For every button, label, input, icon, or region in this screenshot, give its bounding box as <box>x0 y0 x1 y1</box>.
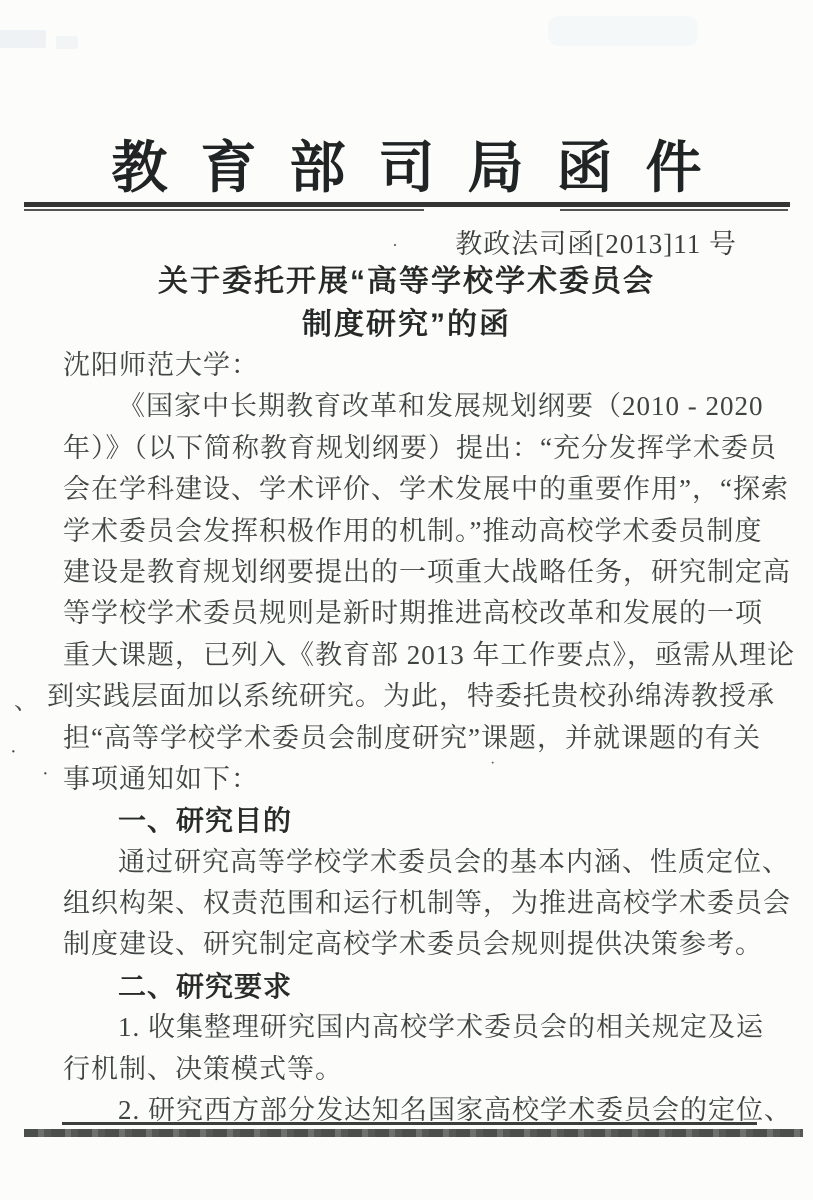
scan-smudge <box>56 36 78 49</box>
scan-artifact: · <box>42 764 49 784</box>
scan-artifact: · <box>392 236 398 254</box>
scan-smudge <box>0 30 46 48</box>
body-line: 到实践层面加以系统研究。为此，特委托贵校孙绵涛教授承 <box>0 676 813 717</box>
scan-artifact: · <box>10 742 17 762</box>
letterhead-divider <box>24 202 790 207</box>
body-line: 通过研究高等学校学术委员会的基本内涵、性质定位、 <box>0 842 813 883</box>
list-item-2: 2. 研究西方部分发达知名国家高校学术委员会的定位、 <box>0 1090 813 1131</box>
page-bottom-scan-edge <box>24 1129 803 1137</box>
body-line: 会在学科建设、学术评价、学术发展中的重要作用”，“探索 <box>0 469 813 510</box>
subject-title-line1: 关于委托开展“高等学校学术委员会 <box>0 256 813 300</box>
scan-artifact: 、 <box>14 690 38 714</box>
body-line: 组织构架、权责范围和运行机制等，为推进高校学术委员会 <box>0 883 813 924</box>
body-line: 等学校学术委员规则是新时期推进高校改革和发展的一项 <box>0 593 813 634</box>
body-line: 年）》（以下简称教育规划纲要）提出：“充分发挥学术委员 <box>0 428 813 469</box>
body-line: 建设是教育规划纲要提出的一项重大战略任务，研究制定高 <box>0 552 813 593</box>
subject-title-line2: 制度研究”的函 <box>0 299 813 343</box>
scan-artifact: · <box>490 756 495 772</box>
body-line: 行机制、决策模式等。 <box>0 1049 813 1090</box>
letterhead-title: 教育部司局函件 <box>0 124 813 204</box>
list-item-1: 1. 收集整理研究国内高校学术委员会的相关规定及运 <box>0 1007 813 1048</box>
body-line: 制度建设、研究制定高校学术委员会规则提供决策参考。 <box>0 924 813 965</box>
scanned-document-page: 教育部司局函件 教政法司函[2013]11 号 关于委托开展“高等学校学术委员会… <box>0 0 813 1200</box>
body-line: 担“高等学校学术委员会制度研究”课题，并就课题的有关 <box>0 718 813 759</box>
body-line: 《国家中长期教育改革和发展规划纲要（2010 - 2020 <box>0 386 813 427</box>
body-line: 重大课题，已列入《教育部 2013 年工作要点》，亟需从理论 <box>0 635 813 676</box>
addressee-line: 沈阳师范大学： <box>0 345 813 386</box>
section-heading-1: 一、研究目的 <box>0 800 813 841</box>
body-text: 沈阳师范大学： 《国家中长期教育改革和发展规划纲要（2010 - 2020 年）… <box>0 345 813 1131</box>
letterhead-divider-sub <box>560 209 788 211</box>
section-heading-2: 二、研究要求 <box>0 966 813 1007</box>
page-bottom-thin-line <box>62 1122 757 1125</box>
scan-smudge <box>548 16 698 46</box>
body-line: 学术委员会发挥积极作用的机制。”推动高校学术委员制度 <box>0 511 813 552</box>
letterhead-divider-sub <box>24 209 424 211</box>
body-line: 事项通知如下： <box>0 759 813 800</box>
